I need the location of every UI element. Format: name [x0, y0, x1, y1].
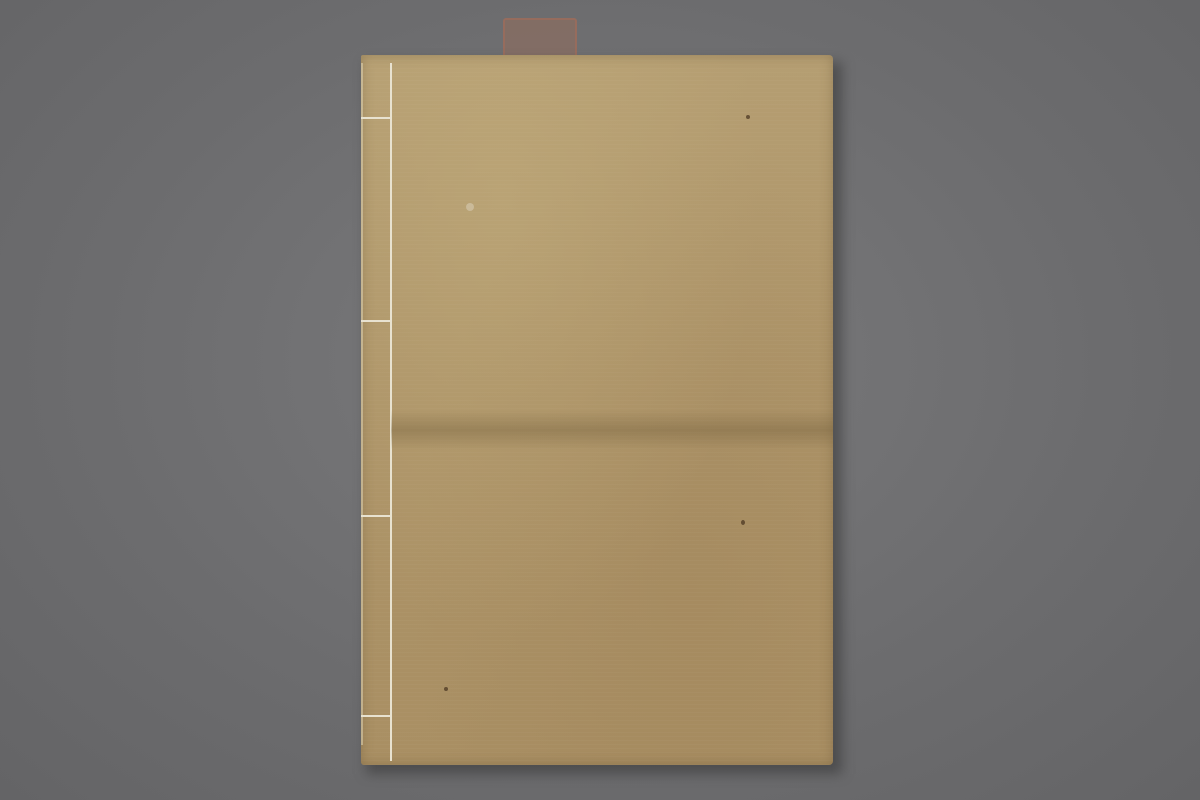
stain-spot: [741, 520, 745, 525]
spine-edge: [361, 63, 363, 745]
book-cover: [361, 55, 833, 765]
stain-spot: [746, 115, 750, 119]
binding-stitch: [361, 117, 392, 119]
binding-stitch: [361, 515, 392, 517]
binding-stitch: [361, 715, 392, 717]
light-spot: [466, 203, 474, 211]
binding-stitch: [361, 320, 392, 322]
fold-crease: [391, 410, 833, 450]
stain-spot: [444, 687, 448, 691]
